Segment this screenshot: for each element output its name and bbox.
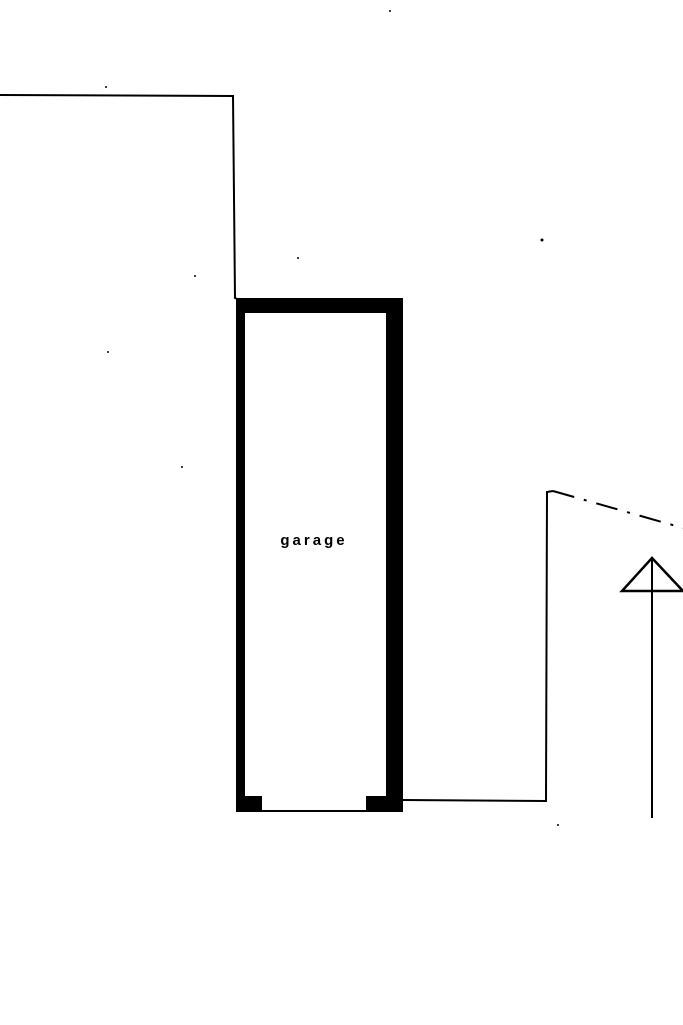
setback-line [553, 491, 683, 528]
property-line-upper [0, 95, 240, 300]
north-arrow-icon [622, 558, 683, 818]
garage-walls [236, 298, 403, 811]
floor-plan-drawing [0, 0, 683, 1025]
room-label-garage: garage [262, 532, 366, 549]
scan-specks [105, 10, 559, 826]
property-line-lower [403, 491, 553, 801]
